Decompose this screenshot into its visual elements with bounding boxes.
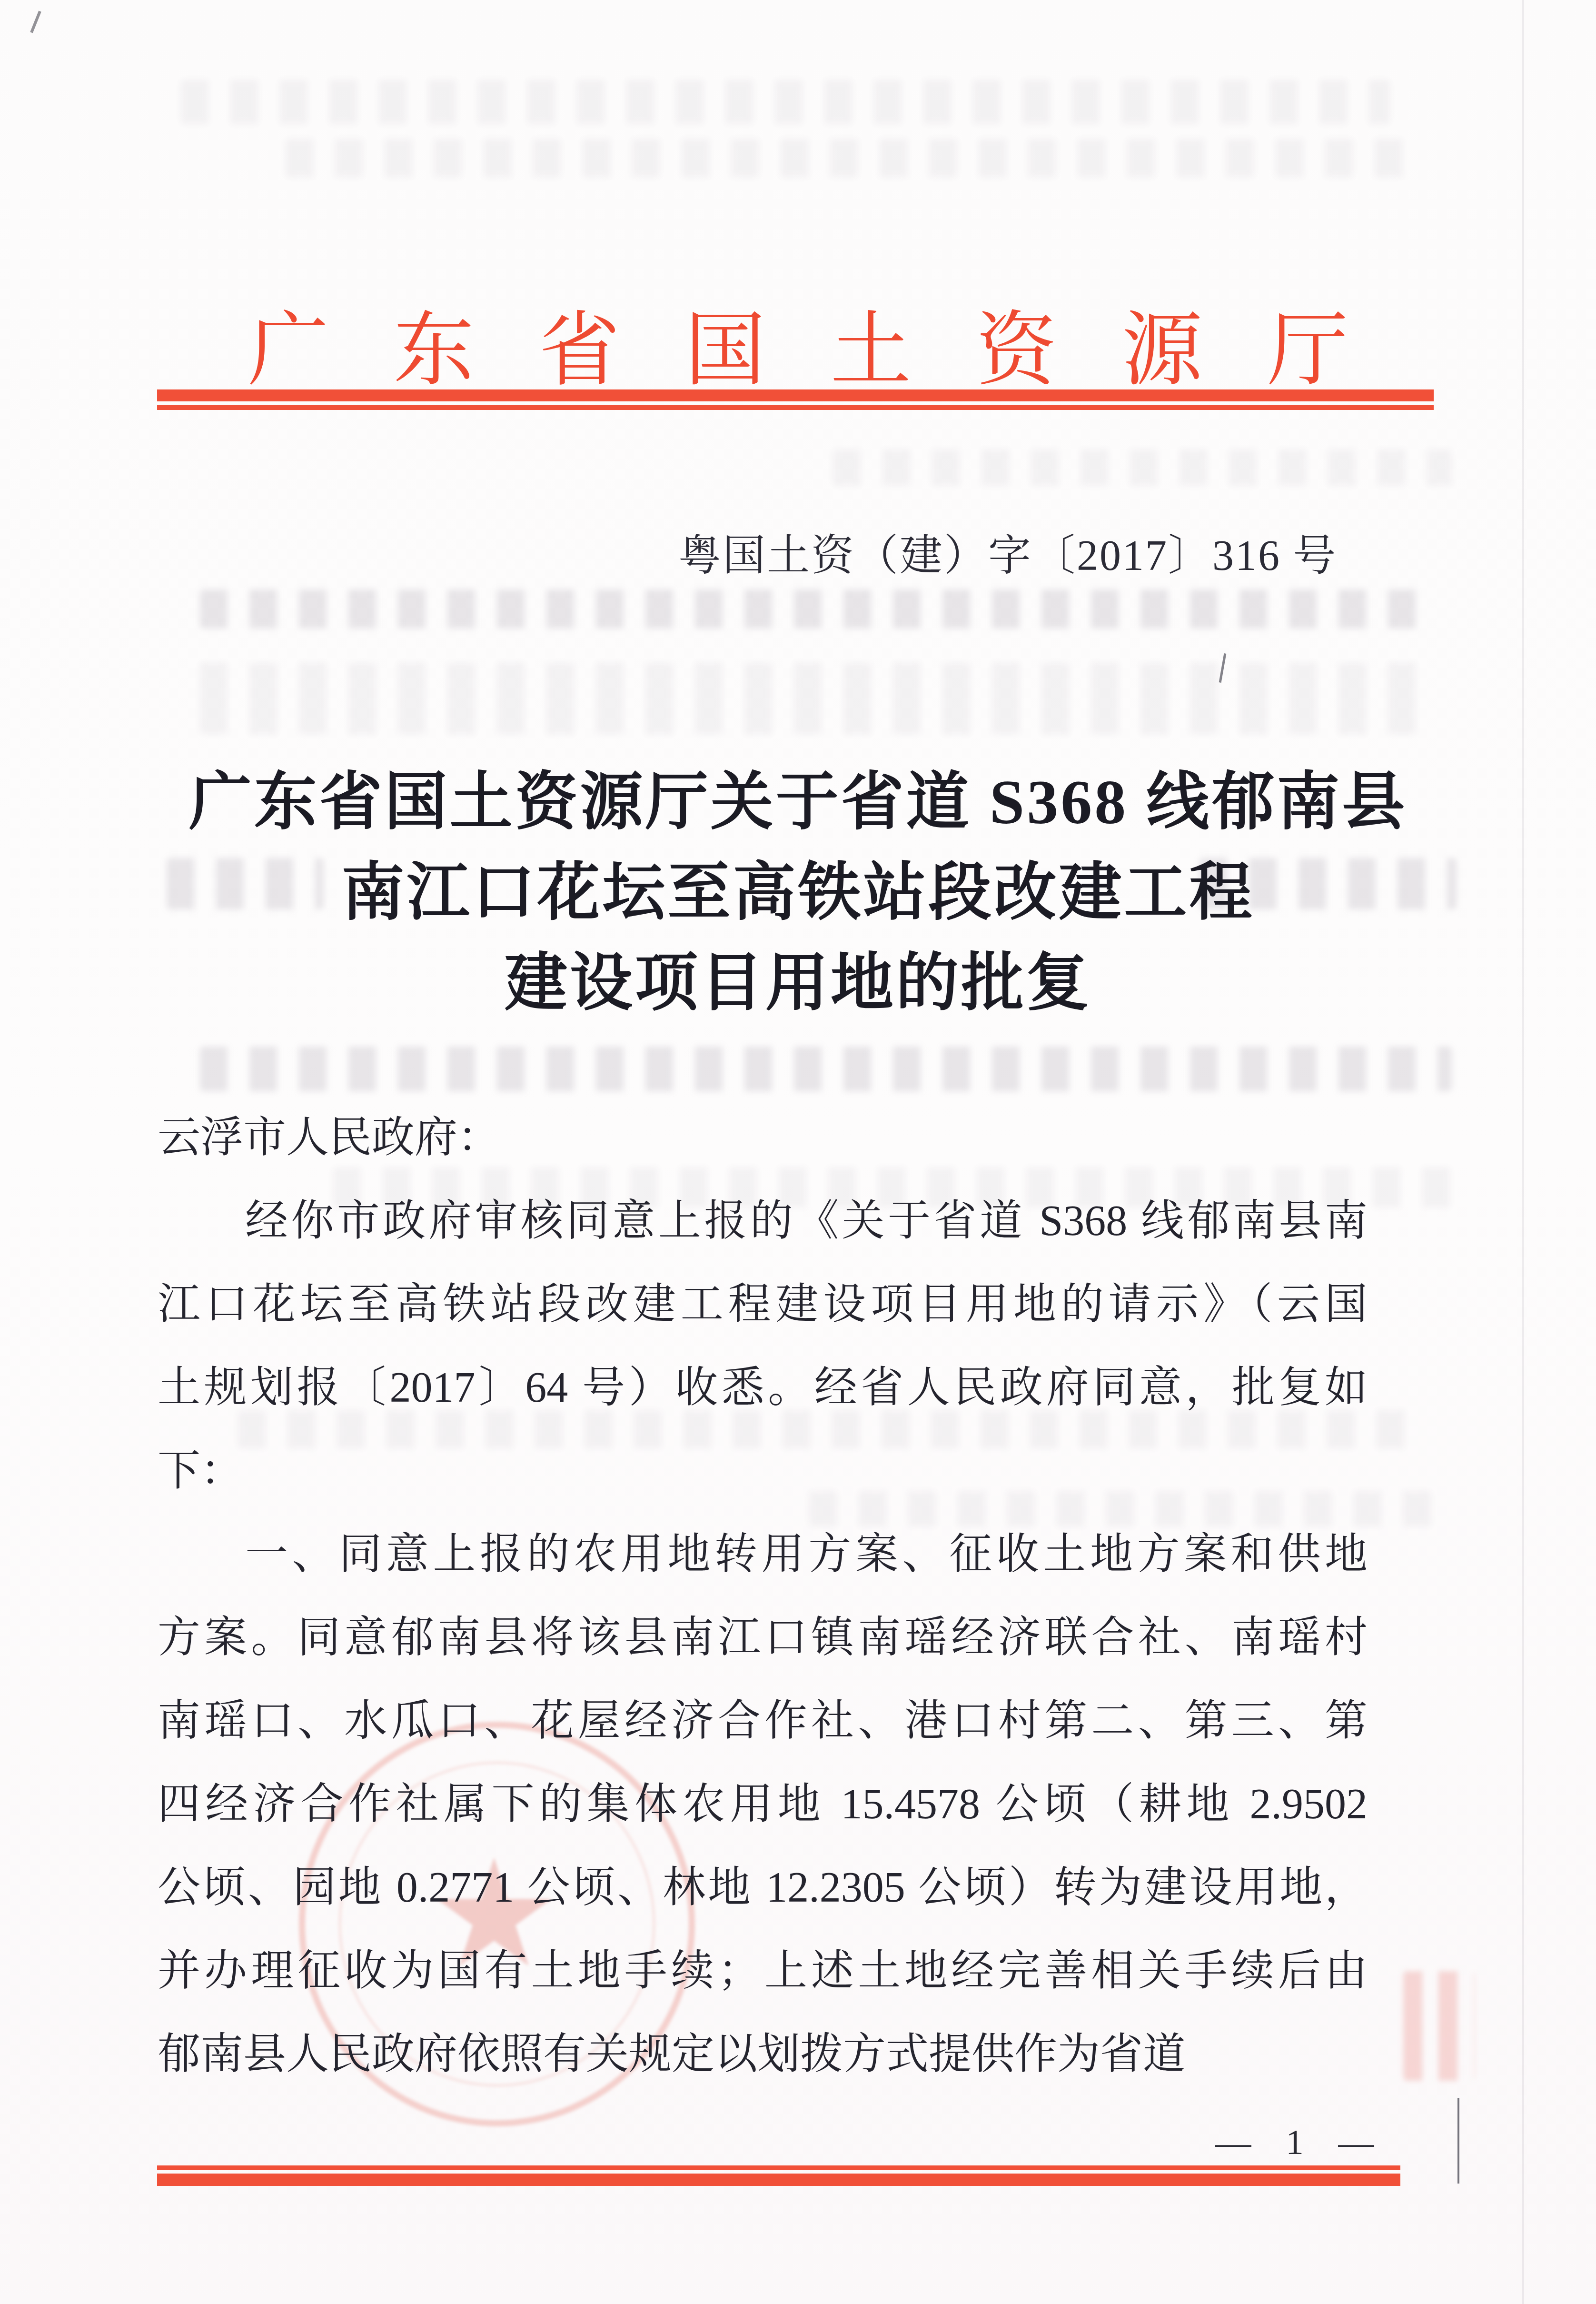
body-line: 经你市政府审核同意上报的《关于省道 S368 线郁南县南	[158, 1179, 1368, 1263]
body-line: 土规划报〔2017〕64 号）收悉。经省人民政府同意，批复如	[158, 1346, 1368, 1429]
body-line: 下：	[158, 1429, 1368, 1513]
red-rule-thin	[157, 2165, 1400, 2170]
body-line: 南瑶口、水瓜口、花屋经济合作社、港口村第二、第三、第	[158, 1679, 1368, 1763]
agency-header-title: 广东省国土资源厅	[0, 285, 1596, 401]
bleedthrough-band	[833, 449, 1452, 486]
scan-corner-mark	[30, 11, 41, 33]
red-rule-thick	[157, 389, 1434, 401]
scan-pen-mark	[1457, 2098, 1459, 2184]
scan-stray-mark	[1219, 653, 1227, 683]
body-line: 并办理征收为国有土地手续；上述土地经完善相关手续后由	[158, 1929, 1368, 2013]
body-line: 江口花坛至高铁站段改建工程建设项目用地的请示》（云国	[158, 1263, 1368, 1346]
red-separator-bottom	[157, 2165, 1400, 2186]
document-body: 云浮市人民政府： 经你市政府审核同意上报的《关于省道 S368 线郁南县南 江口…	[158, 1096, 1368, 2096]
page-number: — 1 —	[1190, 2121, 1399, 2164]
body-line: 公顷、园地 0.2771 公顷、林地 12.2305 公顷）转为建设用地，	[158, 1846, 1368, 1929]
red-separator-top	[157, 389, 1434, 410]
bleedthrough-band	[181, 80, 1390, 124]
document-title: 广东省国土资源厅关于省道 S368 线郁南县 南江口花坛至高铁站段改建工程 建设…	[0, 757, 1596, 1028]
bleedthrough-band	[286, 139, 1418, 177]
red-rule-thick	[157, 2174, 1400, 2186]
body-line: 郁南县人民政府依照有关规定以划拨方式提供作为省道	[158, 2013, 1368, 2096]
document-title-line: 建设项目用地的批复	[0, 938, 1596, 1028]
body-line: 方案。同意郁南县将该县南江口镇南瑶经济联合社、南瑶村	[158, 1596, 1368, 1679]
document-number: 粤国土资（建）字〔2017〕316 号	[678, 532, 1338, 579]
document-page: 广东省国土资源厅 粤国土资（建）字〔2017〕316 号 广东省国土资源厅关于省…	[0, 0, 1596, 2304]
bleedthrough-band	[200, 589, 1433, 628]
bleedthrough-band-pink	[1403, 1971, 1475, 2081]
salutation: 云浮市人民政府：	[158, 1096, 1368, 1179]
document-title-line: 广东省国土资源厅关于省道 S368 线郁南县	[0, 757, 1596, 848]
document-title-line: 南江口花坛至高铁站段改建工程	[0, 848, 1596, 938]
body-line: 四经济合作社属下的集体农用地 15.4578 公顷（耕地 2.9502	[158, 1763, 1368, 1846]
bleedthrough-band	[200, 1047, 1452, 1091]
bleedthrough-band	[200, 663, 1433, 734]
body-line: 一、同意上报的农用地转用方案、征收土地方案和供地	[158, 1513, 1368, 1596]
red-rule-thin	[157, 405, 1434, 410]
